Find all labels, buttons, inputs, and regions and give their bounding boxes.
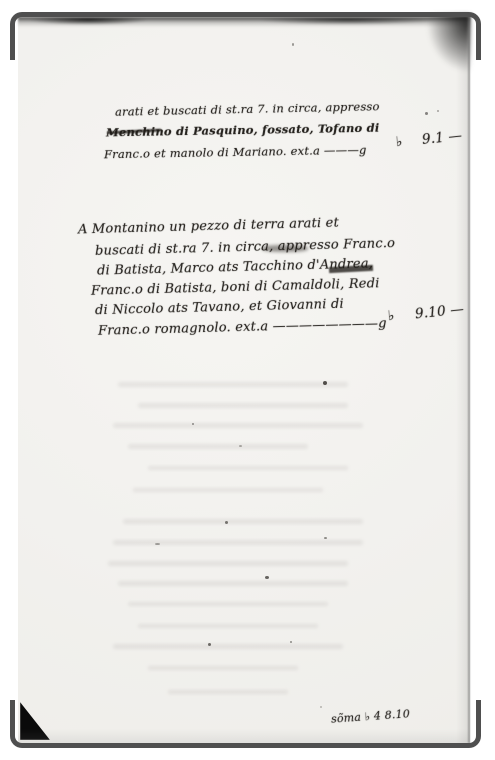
entry2-line2: buscati di st.ra 7. in circa, appresso F… [95, 236, 395, 259]
bleedthrough-mark [133, 488, 323, 492]
ink-speck [208, 643, 211, 646]
bleedthrough-mark [128, 444, 308, 449]
entry2-line1: A Montanino un pezzo di terra arati et [78, 216, 339, 238]
page-right-edge [468, 14, 470, 743]
bleedthrough-mark [113, 423, 363, 428]
ink-speck [239, 445, 242, 447]
ink-speck [324, 537, 327, 539]
bleedthrough-mark [118, 581, 348, 586]
entry2-line5: di Niccolo ats Tavano, et Giovanni di [95, 297, 344, 319]
ink-speck [155, 543, 160, 545]
ink-speck [265, 576, 269, 579]
frame-bottom-bracket [10, 700, 481, 748]
entry1-line3: Franc.o et manolo di Mariano. ext.a ———g [104, 143, 367, 162]
entry1-line1: arati et buscati di st.ra 7. in circa, a… [115, 99, 380, 119]
entry2-amount-symbol: ♭ [387, 308, 395, 324]
strike-mark-andrea [329, 265, 373, 273]
bleedthrough-mark [138, 624, 318, 628]
ink-blot-appresso [262, 245, 308, 252]
bleedthrough-mark [148, 666, 298, 670]
ink-speck [323, 381, 327, 385]
ink-speck [437, 110, 439, 112]
bleedthrough-mark [128, 602, 328, 606]
bleedthrough-mark [148, 466, 348, 470]
bleedthrough-mark [113, 540, 363, 545]
bleedthrough-mark [118, 382, 348, 387]
ink-speck [425, 112, 428, 115]
bleedthrough-mark [138, 403, 348, 408]
entry1-amount-symbol: ♭ [395, 134, 403, 150]
entry2-line6: Franc.o romagnolo. ext.a ————————g [98, 316, 387, 339]
bleedthrough-mark [113, 644, 343, 649]
bleedthrough-mark [108, 561, 348, 566]
entry2-line4: Franc.o di Batista, boni di Camaldoli, R… [91, 276, 380, 299]
ink-speck [225, 521, 228, 524]
bleedthrough-mark [168, 690, 288, 694]
ink-speck [290, 641, 292, 643]
bleedthrough-mark [123, 519, 363, 524]
manuscript-scan-view: arati et buscati di st.ra 7. in circa, a… [0, 0, 495, 760]
frame-top-bracket [10, 12, 481, 60]
manuscript-page: arati et buscati di st.ra 7. in circa, a… [18, 14, 470, 743]
ink-speck [192, 423, 194, 425]
